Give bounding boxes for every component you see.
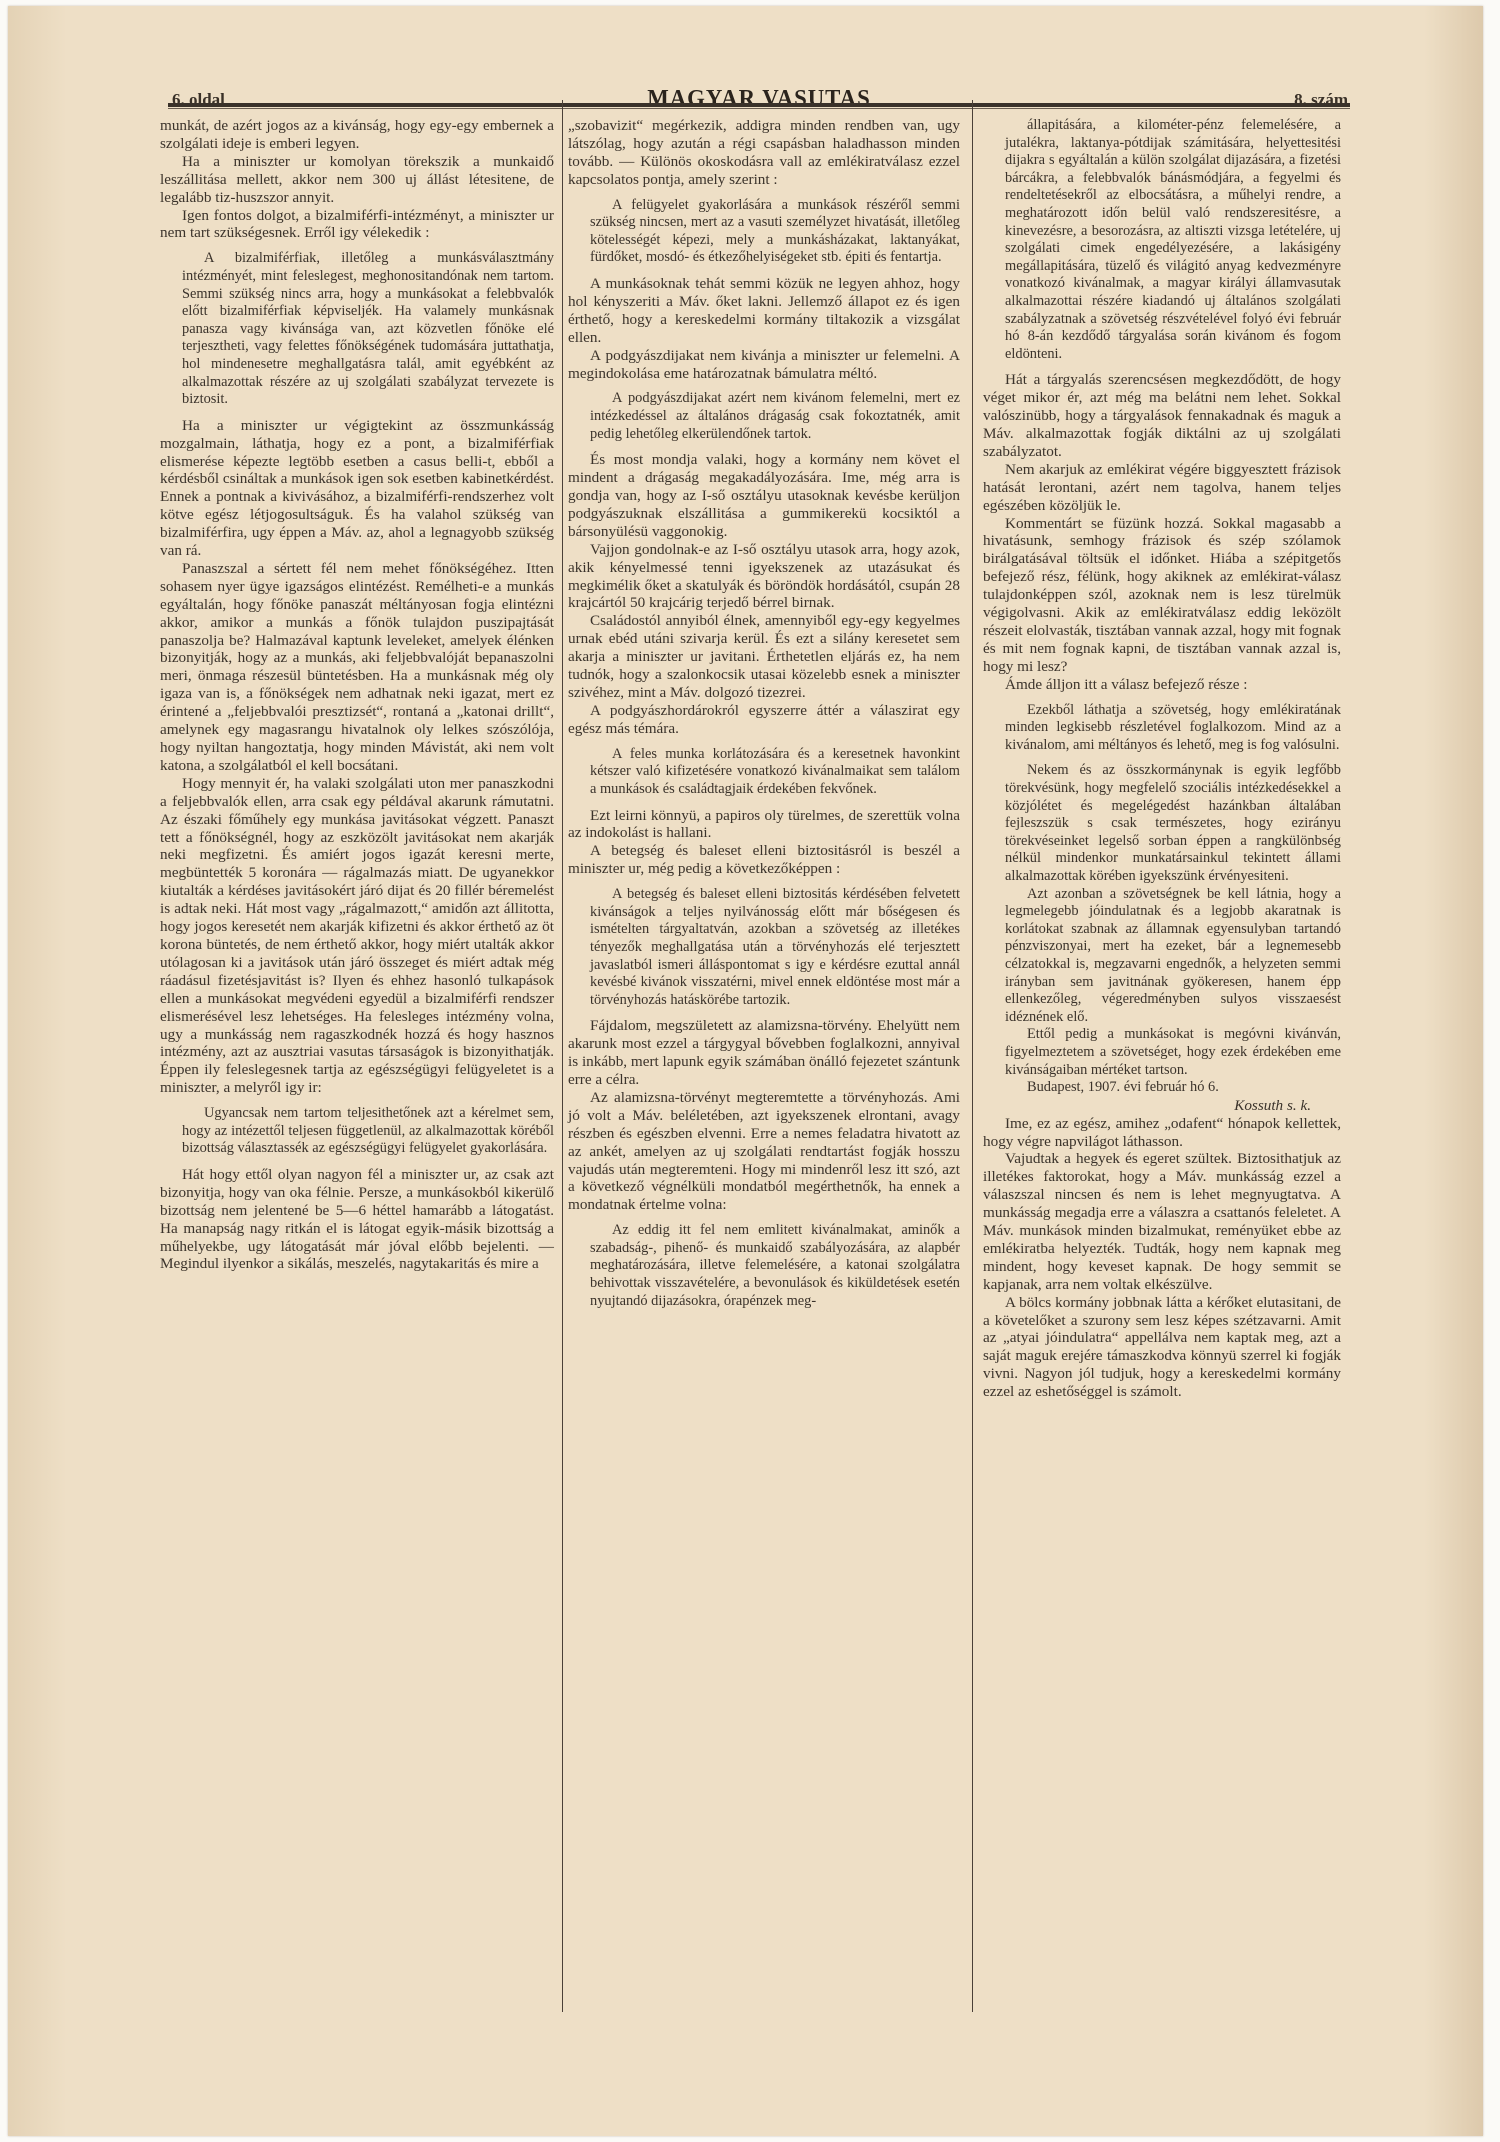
paragraph: A bölcs kormány jobbnak látta a kérőket …	[983, 1294, 1341, 1401]
quoted-passage: A podgyászdijakat azért nem kivánom fele…	[590, 390, 960, 443]
quoted-passage: A betegség és baleset elleni biztositás …	[590, 886, 960, 1009]
paragraph: És most mondja valaki, hogy a kormány ne…	[568, 451, 960, 541]
column-divider-1	[562, 100, 563, 2012]
paragraph: Az alamizsna-törvényt megteremtette a tö…	[568, 1089, 960, 1214]
quoted-passage: Az eddig itt fel nem emlitett kivánalmak…	[590, 1222, 960, 1310]
paragraph: A betegség és baleset elleni biztositásr…	[568, 842, 960, 878]
paragraph: Nem akarjuk az emlékirat végére biggyesz…	[983, 461, 1341, 515]
paragraph: Kommentárt se füzünk hozzá. Sokkal magas…	[983, 515, 1341, 676]
paragraph: A munkásoknak tehát semmi közük ne legye…	[568, 275, 960, 347]
article-column-3: állapitására, a kilométer-pénz felemelés…	[983, 117, 1341, 1401]
quoted-passage: állapitására, a kilométer-pénz felemelés…	[1005, 117, 1341, 363]
paragraph: Családostól annyiból élnek, amennyiből e…	[568, 612, 960, 702]
quoted-passage: Budapest, 1907. évi február hó 6.	[1005, 1079, 1341, 1097]
quoted-passage: Azt azonban a szövetségnek be kell látni…	[1005, 886, 1341, 1027]
paragraph: Hogy mennyit ér, ha valaki szolgálati ut…	[160, 775, 554, 1097]
quoted-passage: A felügyelet gyakorlására a munkások rés…	[590, 197, 960, 267]
paragraph: Panaszszal a sértett fél nem mehet főnök…	[160, 560, 554, 775]
quoted-passage: Ettől pedig a munkásokat is megóvni kivá…	[1005, 1026, 1341, 1079]
paragraph: Ime, ez az egész, amihez „odafent“ hónap…	[983, 1115, 1341, 1151]
paragraph: Igen fontos dolgot, a bizalmiférfi-intéz…	[160, 207, 554, 243]
paragraph: Ha a miniszter ur komolyan törekszik a m…	[160, 153, 554, 207]
paragraph: A podgyászhordárokról egyszerre áttér a …	[568, 702, 960, 738]
quoted-passage: A feles munka korlátozására és a kereset…	[590, 746, 960, 799]
paragraph: Vajjon gondolnak-e az I-ső osztályu utas…	[568, 541, 960, 613]
quoted-passage: Ezekből láthatja a szövetség, hogy emlék…	[1005, 702, 1341, 755]
quoted-passage: Ugyancsak nem tartom teljesithetőnek azt…	[182, 1105, 554, 1158]
paragraph: munkát, de azért jogos az a kivánság, ho…	[160, 117, 554, 153]
paragraph: A podgyászdijakat nem kivánja a miniszte…	[568, 347, 960, 383]
paragraph: Ezt leirni könnyü, a papiros oly türelme…	[568, 807, 960, 843]
column-divider-2	[972, 100, 973, 2012]
article-column-2: „szobavizit“ megérkezik, addigra minden …	[568, 117, 960, 1318]
issue-number: 8. szám	[1294, 90, 1348, 110]
paragraph: „szobavizit“ megérkezik, addigra minden …	[568, 117, 960, 189]
paragraph: Vajudtak a hegyek és egeret szültek. Biz…	[983, 1150, 1341, 1293]
quoted-passage: Nekem és az összkormánynak is egyik legf…	[1005, 762, 1341, 885]
paragraph: Fájdalom, megszületett az alamizsna-törv…	[568, 1017, 960, 1089]
article-column-1: munkát, de azért jogos az a kivánság, ho…	[160, 117, 554, 1273]
quoted-passage: A bizalmiférfiak, illetőleg a munkásvála…	[182, 250, 554, 408]
paragraph: Ámde álljon itt a válasz befejező része …	[983, 676, 1341, 694]
paragraph: Hát hogy ettől olyan nagyon fél a minisz…	[160, 1166, 554, 1273]
paragraph: Hát a tárgyalás szerencsésen megkezdődöt…	[983, 371, 1341, 461]
signature: Kossuth s. k.	[983, 1097, 1341, 1115]
header-rule-thin	[168, 108, 1350, 109]
header-rule-thick	[168, 103, 1350, 107]
paragraph: Ha a miniszter ur végigtekint az összmun…	[160, 417, 554, 560]
